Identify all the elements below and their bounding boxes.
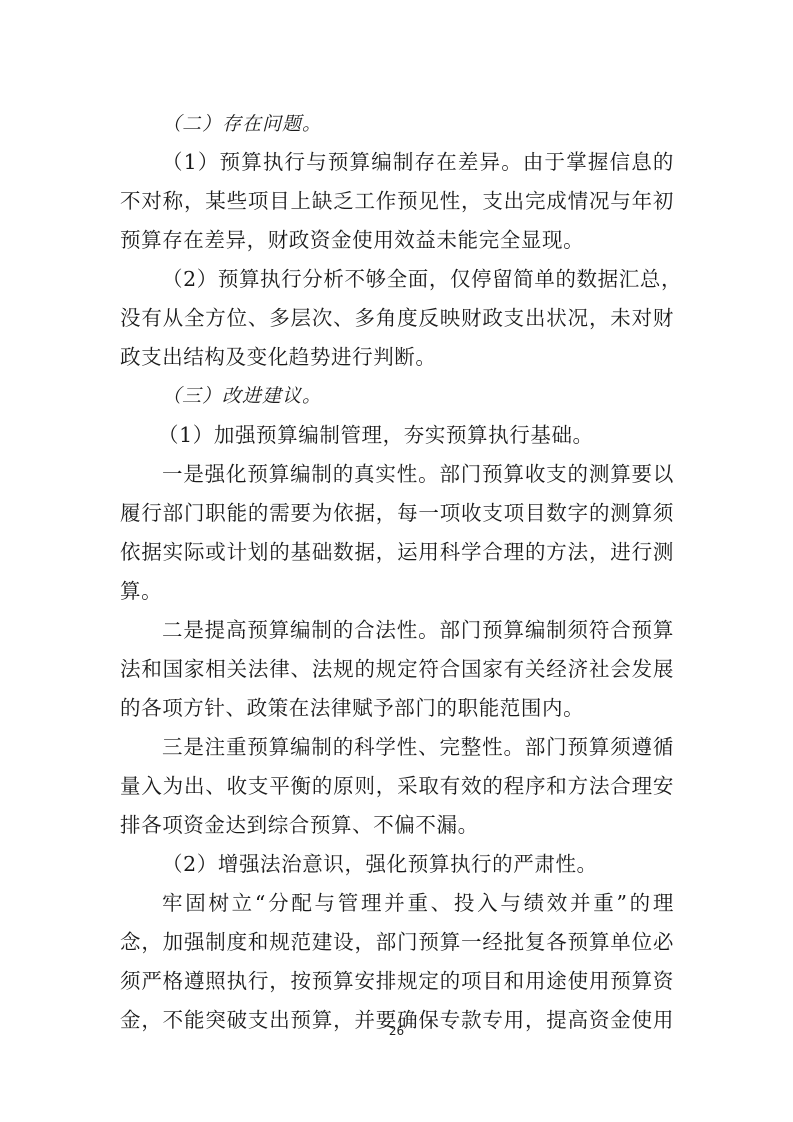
paragraph-line: 没有从全方位、多层次、多角度反映财政支出状况，未对财 bbox=[120, 299, 674, 338]
subheading-line: （2）增强法治意识，强化预算执行的严肃性。 bbox=[162, 845, 598, 884]
paragraph-line: 二是提高预算编制的合法性。部门预算编制须符合预算 bbox=[162, 611, 674, 650]
paragraph-line: （1）预算执行与预算编制存在差异。由于掌握信息的 bbox=[162, 143, 674, 182]
paragraph-line: 法和国家相关法律、法规的规定符合国家有关经济社会发展 bbox=[120, 650, 674, 689]
paragraph-line: 须严格遵照执行，按预算安排规定的项目和用途使用预算资 bbox=[120, 962, 674, 1001]
page-number: 26 bbox=[0, 1024, 793, 1038]
paragraph-line: 的各项方针、政策在法律赋予部门的职能范围内。 bbox=[120, 689, 584, 728]
paragraph-line: 一是强化预算编制的真实性。部门预算收支的测算要以 bbox=[162, 455, 674, 494]
paragraph-line: 牢固树立“分配与管理并重、投入与绩效并重”的理 bbox=[162, 884, 674, 923]
paragraph-line: 三是注重预算编制的科学性、完整性。部门预算须遵循 bbox=[162, 728, 674, 767]
subheading-line: （1）加强预算编制管理，夯实预算执行基础。 bbox=[158, 416, 594, 455]
paragraph-line: 依据实际或计划的基础数据，运用科学合理的方法，进行测 bbox=[120, 533, 674, 572]
paragraph-line: 算。 bbox=[120, 572, 162, 611]
paragraph-line: 政支出结构及变化趋势进行判断。 bbox=[120, 338, 437, 377]
paragraph-line: （2）预算执行分析不够全面，仅停留简单的数据汇总， bbox=[162, 260, 674, 299]
section-heading-suggestions: （三）改进建议。 bbox=[162, 377, 322, 416]
paragraph-line: 排各项资金达到综合预算、不偏不漏。 bbox=[120, 806, 479, 845]
paragraph-line: 不对称，某些项目上缺乏工作预见性，支出完成情况与年初 bbox=[120, 182, 674, 221]
paragraph-line: 量入为出、收支平衡的原则，采取有效的程序和方法合理安 bbox=[120, 767, 674, 806]
section-heading-problems: （二）存在问题。 bbox=[162, 105, 322, 144]
paragraph-line: 预算存在差异，财政资金使用效益未能完全显现。 bbox=[120, 221, 584, 260]
paragraph-line: 念，加强制度和规范建设，部门预算一经批复各预算单位必 bbox=[120, 923, 674, 962]
paragraph-line: 履行部门职能的需要为依据，每一项收支项目数字的测算须 bbox=[120, 494, 674, 533]
